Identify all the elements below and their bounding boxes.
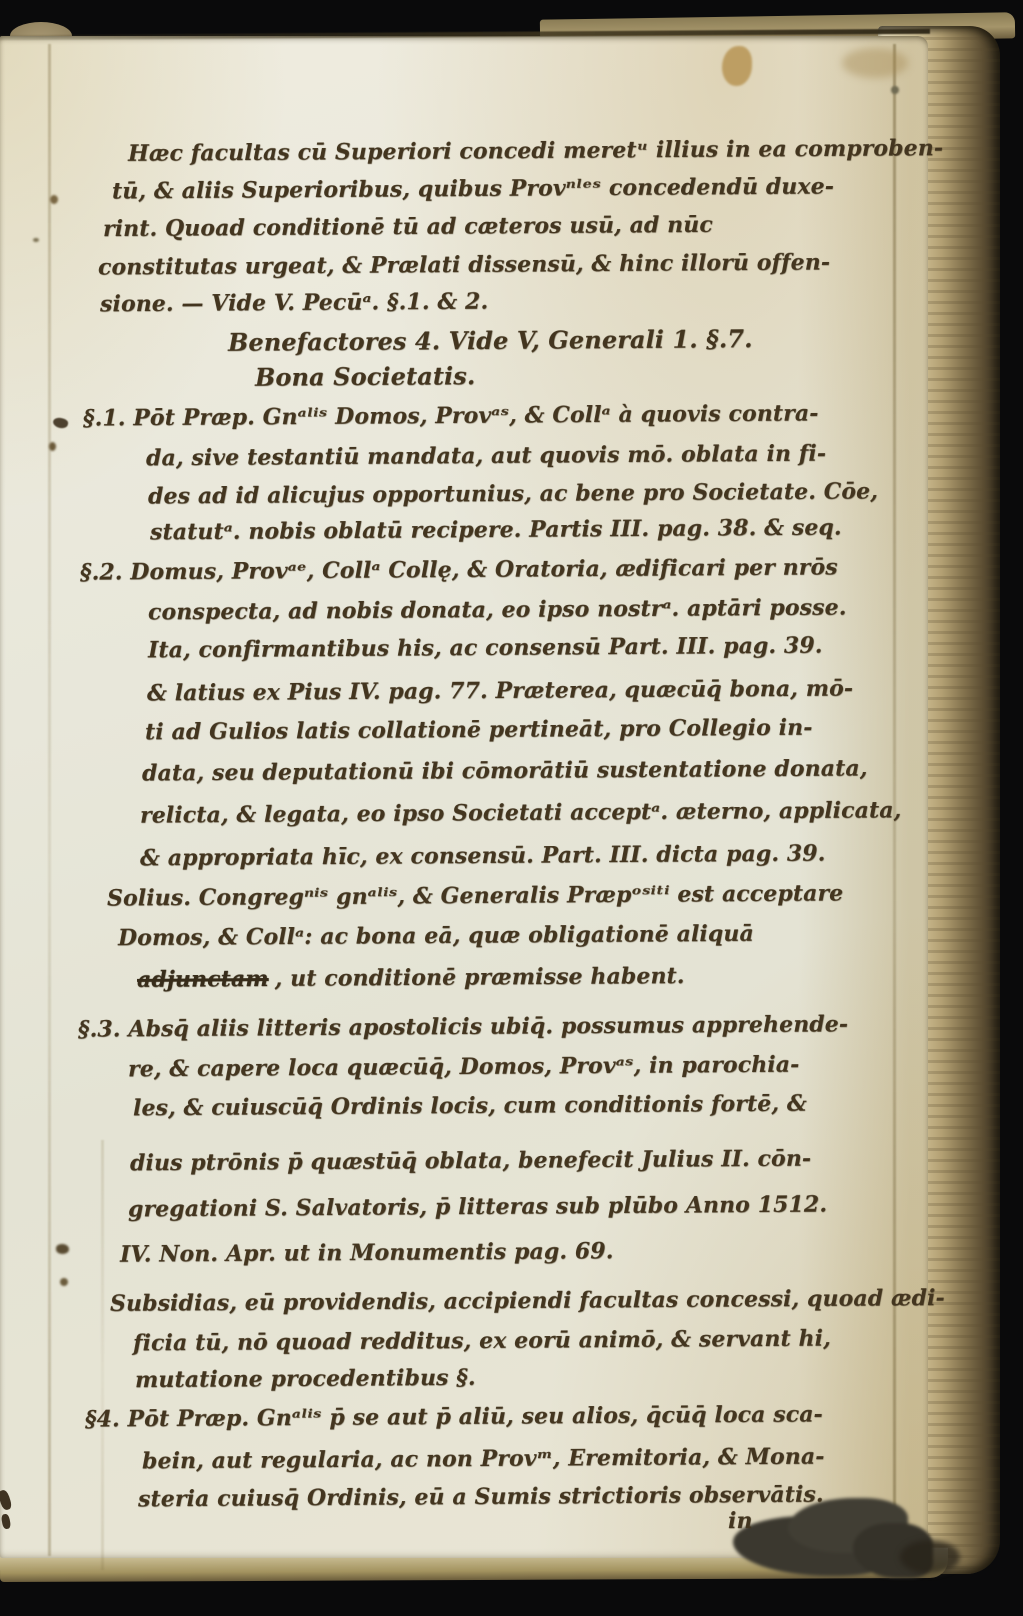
manuscript-line: tū, & aliis Superioribus, quibus Provⁿˡᵉ… xyxy=(112,173,834,204)
stain xyxy=(49,442,56,451)
manuscript-line-with-strikethrough: adjunctam, ut conditionē præmisse habent… xyxy=(137,963,685,993)
manuscript-line: da, sive testantiū mandata, aut quovis m… xyxy=(146,441,826,472)
stain xyxy=(722,46,752,86)
manuscript-line: data, seu deputationū ibi cōmorātiū sust… xyxy=(142,755,868,786)
manuscript-line: mutatione procedentibus §. xyxy=(135,1365,476,1393)
manuscript-line: rint. Quoad conditionē tū ad cæteros usū… xyxy=(103,212,713,242)
manuscript-line: des ad id alicujus opportunius, ac bene … xyxy=(148,478,878,509)
stain xyxy=(891,86,899,94)
manuscript-line: bein, aut regularia, ac non Provᵐ, Eremi… xyxy=(142,1444,825,1475)
manuscript-line: dius ptrōnis p̄ quæstūq̄ oblata, benefec… xyxy=(130,1146,811,1177)
struck-word: adjunctam xyxy=(137,966,269,993)
scanned-manuscript-photo: Hæc facultas cū Superiori concedi meretᵘ… xyxy=(0,0,1023,1616)
manuscript-line: conspecta, ad nobis donata, eo ipso nost… xyxy=(148,595,847,626)
stain xyxy=(56,1244,69,1254)
stain xyxy=(842,48,908,78)
heading-benefactores: Benefactores 4. Vide V, Generali 1. §.7. xyxy=(228,324,753,357)
manuscript-line: relicta, & legata, eo ipso Societati acc… xyxy=(140,797,902,828)
manuscript-line-section-4: §4. Pōt Præp. Gnᵃˡⁱˢ p̄ se aut p̄ aliū, … xyxy=(85,1401,823,1432)
manuscript-line: re, & capere loca quæcūq̄, Domos, Provᵃˢ… xyxy=(128,1052,800,1083)
manuscript-line: Domos, & Collᵃ: ac bona eā, quæ obligati… xyxy=(118,921,754,951)
manuscript-line: Ita, confirmantibus his, ac consensū Par… xyxy=(148,633,823,664)
manuscript-line: gregationi S. Salvatoris, p̄ litteras su… xyxy=(128,1192,827,1223)
manuscript-line: les, & cuiuscūq̄ Ordinis locis, cum cond… xyxy=(133,1091,807,1122)
manuscript-line: IV. Non. Apr. ut in Monumentis pag. 69. xyxy=(120,1238,614,1267)
manuscript-line: statutᵃ. nobis oblatū recipere. Partis I… xyxy=(150,515,842,546)
stain xyxy=(50,195,58,204)
ink-blot xyxy=(733,1498,933,1580)
manuscript-line: steria cuiusq̄ Ordinis, eū a Sumis stric… xyxy=(138,1482,824,1513)
stain xyxy=(33,238,39,242)
line-continuation: , ut conditionē præmisse habent. xyxy=(275,963,685,992)
manuscript-line: Solius. Congregⁿⁱˢ gnᵃˡⁱˢ, & Generalis P… xyxy=(107,880,843,911)
ink-blot-tail xyxy=(900,1540,960,1574)
manuscript-line: sione. — Vide V. Pecūᵃ. §.1. & 2. xyxy=(100,289,488,318)
manuscript-line-section-1: §.1. Pōt Præp. Gnᵃˡⁱˢ Domos, Provᵃˢ, & C… xyxy=(83,400,819,431)
manuscript-line: constitutas urgeat, & Prælati dissensū, … xyxy=(98,249,830,280)
manuscript-line: ti ad Gulios latis collationē pertineāt,… xyxy=(145,715,813,746)
manuscript-line-section-3: §.3. Absq̄ aliis litteris apostolicis ub… xyxy=(78,1011,848,1042)
manuscript-line: ficia tū, nō quoad redditus, ex eorū ani… xyxy=(133,1326,831,1357)
heading-bona-societatis: Bona Societatis. xyxy=(255,361,475,392)
manuscript-line: & latius ex Pius IV. pag. 77. Præterea, … xyxy=(147,676,853,707)
stain xyxy=(60,1278,68,1286)
page-gutter-crease xyxy=(48,44,51,1556)
page-fold-mark xyxy=(101,1140,104,1570)
bottom-note: in xyxy=(728,1508,753,1534)
manuscript-line-section-2: §.2. Domus, Provᵃᵉ, Collᵃ Collę, & Orato… xyxy=(80,554,838,585)
manuscript-line: & appropriata hīc, ex consensū. Part. II… xyxy=(140,841,826,872)
